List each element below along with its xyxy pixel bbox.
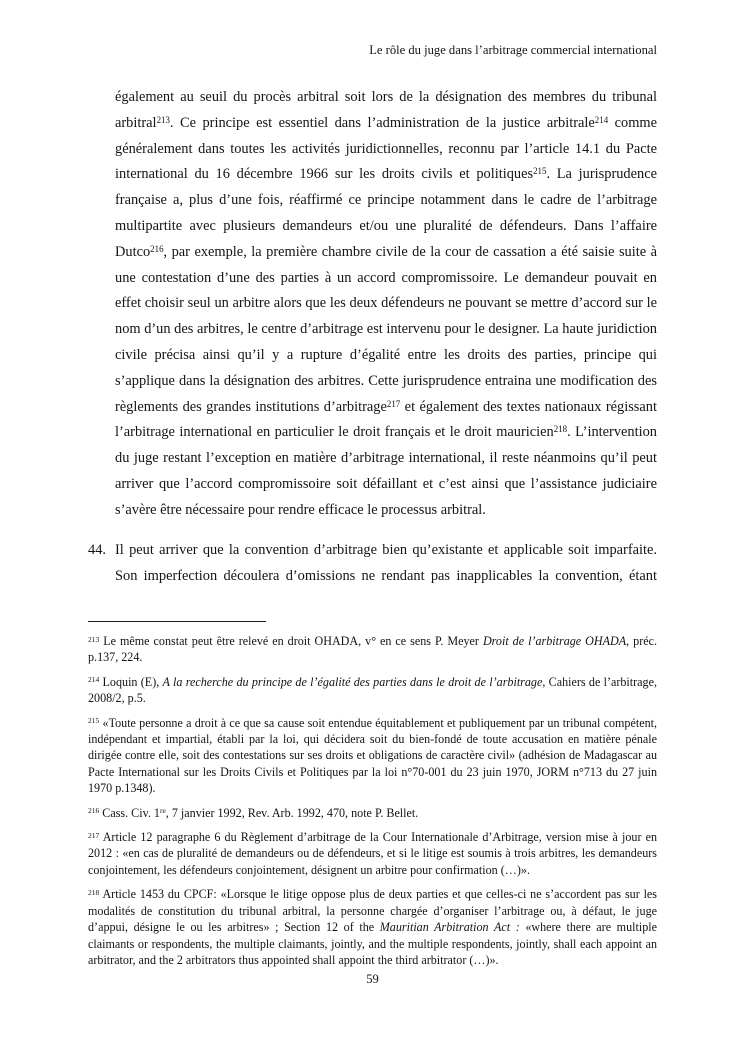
running-title: Le rôle du juge dans l’arbitrage commerc… bbox=[369, 43, 657, 57]
text-run: «Toute personne a droit à ce que sa caus… bbox=[88, 716, 657, 796]
document-page: Le rôle du juge dans l’arbitrage commerc… bbox=[0, 0, 745, 1053]
text-run: Loquin (E), bbox=[103, 675, 163, 689]
text-run: Le même constat peut être relevé en droi… bbox=[103, 634, 483, 648]
body-paragraph: également au seuil du procès arbitral so… bbox=[115, 85, 657, 524]
footnote: 218 Article 1453 du CPCF: «Lorsque le li… bbox=[88, 886, 657, 968]
paragraph-number: 44. bbox=[88, 538, 115, 564]
footnote: 217 Article 12 paragraphe 6 du Règlement… bbox=[88, 829, 657, 878]
footnote-number: 217 bbox=[88, 831, 99, 840]
text-run: . Ce principe est essentiel dans l’admin… bbox=[170, 115, 595, 131]
footnote-number: 213 bbox=[88, 635, 99, 644]
footnote-reference: 216 bbox=[150, 244, 163, 254]
text-run: , par exemple, la première chambre civil… bbox=[115, 244, 657, 415]
text-run: Cass. Civ. 1 bbox=[102, 806, 160, 820]
numbered-paragraph: 44. Il peut arriver que la convention d’… bbox=[88, 538, 657, 590]
footnote-separator bbox=[88, 621, 266, 622]
footnote-number: 214 bbox=[88, 675, 99, 684]
footnote-reference: 213 bbox=[157, 115, 170, 125]
text-run: Article 12 paragraphe 6 du Règlement d’a… bbox=[88, 830, 657, 877]
footnote-number: 216 bbox=[88, 806, 99, 815]
footnote-reference: 215 bbox=[533, 166, 546, 176]
text-run: Mauritian Arbitration Act : bbox=[380, 920, 520, 934]
footnote: 213 Le même constat peut être relevé en … bbox=[88, 633, 657, 666]
footnote-reference: re bbox=[160, 806, 166, 815]
numbered-paragraph-text: Il peut arriver que la convention d’arbi… bbox=[115, 538, 657, 590]
page-header: Le rôle du juge dans l’arbitrage commerc… bbox=[88, 42, 657, 58]
footnote: 216 Cass. Civ. 1re, 7 janvier 1992, Rev.… bbox=[88, 805, 657, 821]
text-run: Il peut arriver que la convention d’arbi… bbox=[115, 542, 657, 584]
page-number: 59 bbox=[0, 972, 745, 987]
text-run: Droit de l’arbitrage OHADA bbox=[483, 634, 626, 648]
footnote-number: 218 bbox=[88, 888, 99, 897]
text-run: , 7 janvier 1992, Rev. Arb. 1992, 470, n… bbox=[166, 806, 419, 820]
text-run: A la recherche du principe de l’égalité … bbox=[163, 675, 543, 689]
footnote-reference: 214 bbox=[595, 115, 608, 125]
body-text: également au seuil du procès arbitral so… bbox=[88, 85, 657, 604]
footnotes-section: 213 Le même constat peut être relevé en … bbox=[88, 633, 657, 976]
footnote-reference: 217 bbox=[387, 399, 400, 409]
footnote-number: 215 bbox=[88, 716, 99, 725]
footnote: 215 «Toute personne a droit à ce que sa … bbox=[88, 715, 657, 797]
footnote-reference: 218 bbox=[554, 424, 567, 434]
footnote: 214 Loquin (E), A la recherche du princi… bbox=[88, 674, 657, 707]
